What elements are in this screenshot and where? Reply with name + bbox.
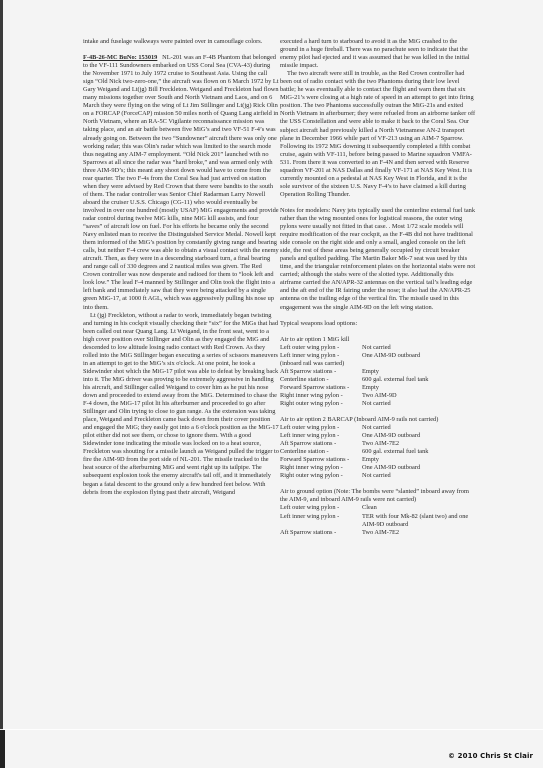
station-load: Empty	[362, 384, 476, 392]
loadout-row: Forward Sparrow stations -Empty	[280, 384, 476, 392]
loadout-title: Air to air option 1 MiG kill	[280, 336, 476, 344]
station-label: Left inner wing pylon -	[280, 513, 362, 529]
loadout-row: Aft Sparrow stations -Empty	[280, 368, 476, 376]
station-load: Not carried	[362, 400, 476, 408]
station-label: Left inner wing pylon -	[280, 352, 362, 360]
loadout-row: (inboard rail was carried)	[280, 360, 476, 368]
station-label: Right outer wing pylon -	[280, 400, 362, 408]
station-load: TER with four Mk-82 (slant two) and one …	[362, 513, 476, 529]
loadout-row: Right outer wing pylon -Not carried	[280, 400, 476, 408]
station-label: Left inner wing pylon -	[280, 432, 362, 440]
loadout-row: Right inner wing pylon -Two AIM-9D	[280, 392, 476, 400]
aircraft-entry: F-4B-26-MC BuNo: 153019 NL-201 was an F-…	[83, 54, 279, 312]
document-page: intake and fuselage walkways were painte…	[0, 0, 543, 768]
station-load: Empty	[362, 368, 476, 376]
station-load: 600 gal. external fuel tank	[362, 448, 476, 456]
station-label: Forward Sparrow stations -	[280, 456, 362, 464]
station-label: Right inner wing pylon -	[280, 464, 362, 472]
station-load: Empty	[362, 456, 476, 464]
station-label: Centerline station -	[280, 376, 362, 384]
aircraft-heading: F-4B-26-MC BuNo: 153019	[83, 54, 157, 61]
station-load: Not carried	[362, 424, 476, 432]
narrative-paragraph-2: Lt (jg) Freckleton, without a radar to w…	[83, 312, 279, 497]
station-load: Not carried	[362, 472, 476, 480]
station-label: Right inner wing pylon -	[280, 392, 362, 400]
right-column: executed a hard turn to starboard to avo…	[280, 38, 476, 537]
station-load: 600 gal. external fuel tank	[362, 376, 476, 384]
station-label: (inboard rail was carried)	[280, 360, 344, 368]
narrative-paragraph-4: The two aircraft were still in trouble, …	[280, 70, 476, 199]
station-load	[344, 360, 476, 368]
intro-text: intake and fuselage walkways were painte…	[83, 38, 279, 46]
station-load: Clean	[362, 504, 476, 512]
station-label: Left outer wing pylon -	[280, 424, 362, 432]
weapons-intro: Typical weapons load options:	[280, 320, 476, 328]
loadout-row: Aft Sparrow stations -Two AIM-7E2	[280, 529, 476, 537]
narrative-paragraph-1: NL-201 was an F-4B Phantom that belonged…	[83, 54, 279, 310]
loadout-row: Left outer wing pylon -Not carried	[280, 424, 476, 432]
loadout-option-2: Air to air option 2 BARCAP (Inboard AIM-…	[280, 416, 476, 480]
loadout-row: Left inner wing pylon -TER with four Mk-…	[280, 513, 476, 529]
station-load: One AIM-9D outboard	[362, 464, 476, 472]
station-label: Aft Sparrow stations -	[280, 368, 362, 376]
loadout-row: Right inner wing pylon -One AIM-9D outbo…	[280, 464, 476, 472]
station-label: Left outer wing pylon -	[280, 504, 362, 512]
copyright-watermark: © 2010 Chris St Clair	[448, 752, 533, 760]
narrative-paragraph-3: executed a hard turn to starboard to avo…	[280, 38, 476, 70]
station-load: Two AIM-7E2	[362, 440, 476, 448]
station-label: Left outer wing pylon -	[280, 344, 362, 352]
station-load: One AIM-9D outboard	[362, 352, 476, 360]
loadout-option-1: Air to air option 1 MiG kill Left outer …	[280, 336, 476, 408]
loadout-row: Left inner wing pylon -One AIM-9D outboa…	[280, 352, 476, 360]
station-label: Aft Sparrow stations -	[280, 529, 362, 537]
station-load: One AIM-9D outboard	[362, 432, 476, 440]
station-load: Two AIM-9D	[362, 392, 476, 400]
loadout-row: Left inner wing pylon -One AIM-9D outboa…	[280, 432, 476, 440]
loadout-option-3: Air to ground option (Note: The bombs we…	[280, 488, 476, 536]
station-label: Right outer wing pylon -	[280, 472, 362, 480]
loadout-row: Centerline station -600 gal. external fu…	[280, 376, 476, 384]
loadout-title: Air to ground option (Note: The bombs we…	[280, 488, 476, 504]
station-load: Two AIM-7E2	[362, 529, 476, 537]
loadout-row: Left outer wing pylon -Clean	[280, 504, 476, 512]
loadout-title: Air to air option 2 BARCAP (Inboard AIM-…	[280, 416, 476, 424]
station-label: Aft Sparrow stations -	[280, 440, 362, 448]
loadout-row: Aft Sparrow stations -Two AIM-7E2	[280, 440, 476, 448]
modeler-notes: Notes for modelers: Navy jets typically …	[280, 207, 476, 312]
left-column: intake and fuselage walkways were painte…	[83, 38, 279, 497]
loadout-row: Centerline station -600 gal. external fu…	[280, 448, 476, 456]
station-label: Centerline station -	[280, 448, 362, 456]
loadout-row: Left outer wing pylon -Not carried	[280, 344, 476, 352]
loadout-row: Right outer wing pylon -Not carried	[280, 472, 476, 480]
loadout-row: Forward Sparrow stations -Empty	[280, 456, 476, 464]
station-label: Forward Sparrow stations -	[280, 384, 362, 392]
station-load: Not carried	[362, 344, 476, 352]
